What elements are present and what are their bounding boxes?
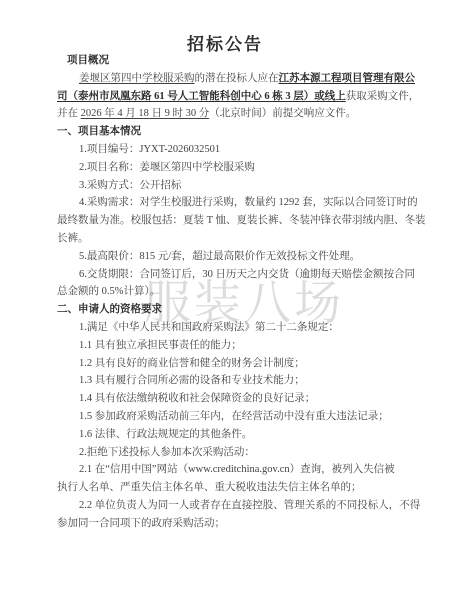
text-run: 最终数量为准。校服包括：夏装 T 恤、夏装长裤、冬装冲锋衣带羽绒内胆、冬装	[57, 215, 425, 226]
item-procurement-demand-line-3: 长裤。	[57, 230, 402, 248]
qualification-1: 1.满足《中华人民共和国政府采购法》第二十二条规定：	[57, 319, 402, 337]
section-heading-project-overview: 项目概况	[57, 52, 402, 70]
text-run: 2.2 单位负责人为同一人或者存在直接控股、管理关系的不同投标人，不得	[79, 500, 420, 511]
text-run: 1.满足《中华人民共和国政府采购法》第二十二条规定：	[79, 322, 339, 333]
text-run: 1.4 具有依法缴纳税收和社会保障资金的良好记录；	[79, 393, 315, 404]
qualification-1-6: 1.6 法律、行政法规规定的其他条件。	[57, 426, 402, 444]
underlined-text-run: 江苏本源工程项目管理有限公	[279, 73, 416, 84]
qualification-1-4: 1.4 具有依法缴纳税收和社会保障资金的良好记录；	[57, 390, 402, 408]
overview-line-2: 司（泰州市凤凰东路 61 号人工智能科创中心 6 栋 3 层）或线上获取采购文件…	[57, 88, 402, 106]
text-run: 获取采购文件，	[346, 91, 420, 102]
text-run: 5.最高限价：815 元/套，超过最高限价作无效投标文件处理。	[79, 251, 360, 262]
qualification-1-5: 1.5 参加政府采购活动前三年内，在经营活动中没有重大违法记录；	[57, 408, 402, 426]
item-project-name: 2.项目名称：姜堰区第四中学校服采购	[57, 159, 402, 177]
underlined-text-run: 2026 年 4 月 18 日 9 时 30 分	[81, 108, 210, 119]
overview-line-3: 并在 2026 年 4 月 18 日 9 时 30 分（北京时间）前提交响应文件…	[57, 105, 402, 123]
text-run: 二、申请人的资格要求	[57, 304, 162, 315]
overview-line-1: 姜堰区第四中学校服采购的潜在投标人应在江苏本源工程项目管理有限公	[57, 70, 402, 88]
text-run: 1.项目编号：JYXT-2026032501	[79, 144, 220, 155]
qualification-2-1-line-2: 执行人名单、严重失信主体名单、重大税收违法失信主体名单的；	[57, 479, 402, 497]
text-run: 6.交货期限：合同签订后，30 日历天之内交货（逾期每天赔偿金额按合同	[79, 269, 415, 280]
qualification-1-3: 1.3 具有履行合同所必需的设备和专业技术能力；	[57, 372, 402, 390]
qualification-1-2: 1.2 具有良好的商业信誉和健全的财务会计制度；	[57, 355, 402, 373]
text-run: 1.3 具有履行合同所必需的设备和专业技术能力；	[79, 375, 305, 386]
item-delivery-term-line-1: 6.交货期限：合同签订后，30 日历天之内交货（逾期每天赔偿金额按合同	[57, 266, 402, 284]
text-run: 1.1 具有独立承担民事责任的能力；	[79, 340, 242, 351]
qualification-1-1: 1.1 具有独立承担民事责任的能力；	[57, 337, 402, 355]
text-run: 一、项目基本情况	[57, 126, 141, 137]
qualification-2: 2.拒绝下述投标人参加本次采购活动：	[57, 444, 402, 462]
underlined-text-run: 姜堰区第四中学校服采购	[79, 73, 195, 84]
qualification-2-1-line-1: 2.1 在“信用中国”网站（www.creditchina.gov.cn）查询，…	[57, 461, 402, 479]
text-run: 2.1 在“信用中国”网站（www.creditchina.gov.cn）查询，…	[79, 464, 395, 475]
underlined-text-run: 司（泰州市凤凰东路 61 号人工智能科创中心 6 栋 3 层）或线上	[57, 91, 346, 102]
text-run: 的潜在投标人应在	[195, 73, 279, 84]
text-run: 参加同一合同项下的政府采购活动；	[57, 518, 225, 529]
item-project-number: 1.项目编号：JYXT-2026032501	[57, 141, 402, 159]
text-run: 4.采购需求：对学生校服进行采购，数量约 1292 套，实际以合同签订时的	[79, 197, 418, 208]
text-run: （北京时间）前提交响应文件。	[209, 108, 356, 119]
qualification-2-2-line-1: 2.2 单位负责人为同一人或者存在直接控股、管理关系的不同投标人，不得	[57, 497, 402, 515]
text-run: 长裤。	[57, 233, 89, 244]
item-procurement-demand-line-1: 4.采购需求：对学生校服进行采购，数量约 1292 套，实际以合同签订时的	[57, 194, 402, 212]
text-run: 1.2 具有良好的商业信誉和健全的财务会计制度；	[79, 358, 305, 369]
text-run: 2.项目名称：姜堰区第四中学校服采购	[79, 162, 255, 173]
item-max-price: 5.最高限价：815 元/套，超过最高限价作无效投标文件处理。	[57, 248, 402, 266]
document-lines: 项目概况姜堰区第四中学校服采购的潜在投标人应在江苏本源工程项目管理有限公司（泰州…	[57, 52, 402, 533]
text-run: 并在	[57, 108, 81, 119]
item-procurement-method: 3.采购方式：公开招标	[57, 177, 402, 195]
text-run: 执行人名单、严重失信主体名单、重大税收违法失信主体名单的；	[57, 482, 362, 493]
text-run: 总金额的 0.5%计算）。	[57, 286, 160, 297]
text-run: 3.采购方式：公开招标	[79, 180, 181, 191]
item-procurement-demand-line-2: 最终数量为准。校服包括：夏装 T 恤、夏装长裤、冬装冲锋衣带羽绒内胆、冬装	[57, 212, 402, 230]
bid-announcement-document: 招标公告 服装八场 项目概况姜堰区第四中学校服采购的潜在投标人应在江苏本源工程项…	[0, 0, 450, 600]
qualification-2-2-line-2: 参加同一合同项下的政府采购活动；	[57, 515, 402, 533]
text-run: 1.6 法律、行政法规规定的其他条件。	[79, 429, 252, 440]
text-run: 项目概况	[67, 55, 109, 66]
text-run: 1.5 参加政府采购活动前三年内，在经营活动中没有重大违法记录；	[79, 411, 389, 422]
section-heading-basic-info: 一、项目基本情况	[57, 123, 402, 141]
section-heading-applicant-qualifications: 二、申请人的资格要求	[57, 301, 402, 319]
text-run: 2.拒绝下述投标人参加本次采购活动：	[79, 447, 255, 458]
item-delivery-term-line-2: 总金额的 0.5%计算）。	[57, 283, 402, 301]
